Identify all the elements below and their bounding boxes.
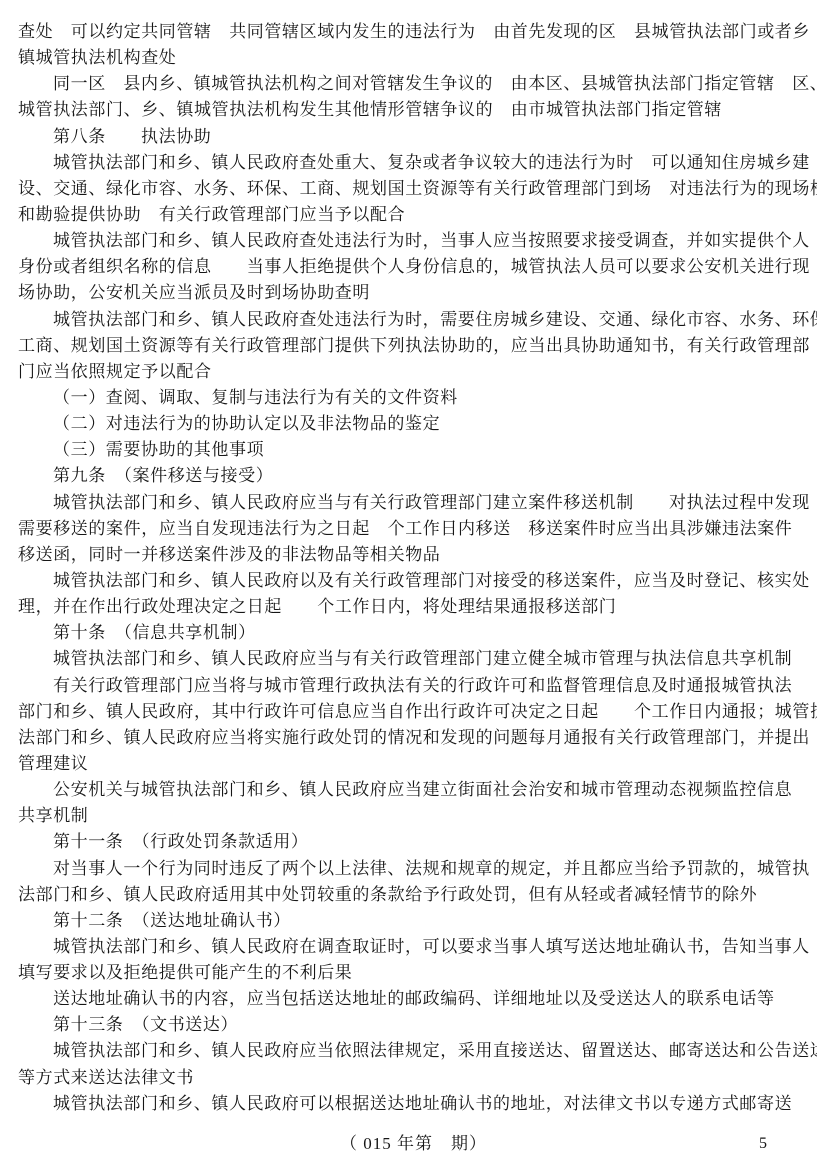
text-line: 公安机关与城管执法部门和乡、镇人民政府应当建立街面社会治安和城市管理动态视频监控… (18, 777, 817, 803)
text-line: （二）对违法行为的协助认定以及非法物品的鉴定 (18, 411, 817, 437)
document-page: 查处 可以约定共同管辖 共同管辖区域内发生的违法行为 由首先发现的区 县城管执法… (0, 0, 827, 1170)
text-line: 第十条 （信息共享机制） (18, 620, 817, 646)
issue-label: （ 015 年第 期） (0, 1131, 827, 1157)
text-line: 城管执法部门和乡、镇人民政府应当与有关行政管理部门建立健全城市管理与执法信息共享… (18, 646, 817, 672)
text-line: 第八条 执法协助 (18, 124, 817, 150)
text-line: （三）需要协助的其他事项 (18, 437, 817, 463)
text-line: 设、交通、绿化市容、水务、环保、工商、规划国土资源等有关行政管理部门到场 对违法… (18, 176, 817, 202)
text-line: 第九条 （案件移送与接受） (18, 463, 817, 489)
text-line: 城管执法部门和乡、镇人民政府查处重大、复杂或者争议较大的违法行为时 可以通知住房… (18, 150, 817, 176)
text-line: 同一区 县内乡、镇城管执法机构之间对管辖发生争议的 由本区、县城管执法部门指定管… (18, 71, 817, 97)
text-line: 工商、规划国土资源等有关行政管理部门提供下列执法协助的，应当出具协助通知书，有关… (18, 333, 817, 359)
text-line: 第十三条 （文书送达） (18, 1012, 817, 1038)
page-footer: （ 015 年第 期） 5 (0, 1131, 827, 1157)
text-line: 查处 可以约定共同管辖 共同管辖区域内发生的违法行为 由首先发现的区 县城管执法… (18, 19, 817, 45)
text-line: 法部门和乡、镇人民政府适用其中处罚较重的条款给予行政处罚，但有从轻或者减轻情节的… (18, 882, 817, 908)
text-line: 共享机制 (18, 803, 817, 829)
text-line: 门应当依照规定予以配合 (18, 359, 817, 385)
text-line: 城管执法部门和乡、镇人民政府应当依照法律规定，采用直接送达、留置送达、邮寄送达和… (18, 1038, 817, 1064)
text-line: 和勘验提供协助 有关行政管理部门应当予以配合 (18, 202, 817, 228)
text-line: 等方式来送达法律文书 (18, 1065, 817, 1091)
text-line: 身份或者组织名称的信息 当事人拒绝提供个人身份信息的，城管执法人员可以要求公安机… (18, 254, 817, 280)
text-line: 城管执法部门和乡、镇人民政府以及有关行政管理部门对接受的移送案件，应当及时登记、… (18, 568, 817, 594)
page-number: 5 (759, 1131, 767, 1157)
text-line: 移送函，同时一并移送案件涉及的非法物品等相关物品 (18, 542, 817, 568)
text-line: 送达地址确认书的内容，应当包括送达地址的邮政编码、详细地址以及受送达人的联系电话… (18, 986, 817, 1012)
text-line: 第十二条 （送达地址确认书） (18, 908, 817, 934)
text-line: 第十一条 （行政处罚条款适用） (18, 829, 817, 855)
text-line: 城管执法部门和乡、镇人民政府查处违法行为时，当事人应当按照要求接受调查，并如实提… (18, 228, 817, 254)
text-line: 法部门和乡、镇人民政府应当将实施行政处罚的情况和发现的问题每月通报有关行政管理部… (18, 725, 817, 751)
text-line: 城管执法部门和乡、镇人民政府可以根据送达地址确认书的地址，对法律文书以专递方式邮… (18, 1091, 817, 1117)
text-line: 城管执法部门、乡、镇城管执法机构发生其他情形管辖争议的 由市城管执法部门指定管辖 (18, 97, 817, 123)
text-line: 镇城管执法机构查处 (18, 45, 817, 71)
text-line: 有关行政管理部门应当将与城市管理行政执法有关的行政许可和监督管理信息及时通报城管… (18, 673, 817, 699)
text-line: 城管执法部门和乡、镇人民政府查处违法行为时，需要住房城乡建设、交通、绿化市容、水… (18, 307, 817, 333)
text-line: 填写要求以及拒绝提供可能产生的不利后果 (18, 960, 817, 986)
text-line: 城管执法部门和乡、镇人民政府在调查取证时，可以要求当事人填写送达地址确认书，告知… (18, 934, 817, 960)
text-line: （一）查阅、调取、复制与违法行为有关的文件资料 (18, 385, 817, 411)
text-line: 理，并在作出行政处理决定之日起 个工作日内，将处理结果通报移送部门 (18, 594, 817, 620)
text-line: 管理建议 (18, 751, 817, 777)
text-line: 需要移送的案件，应当自发现违法行为之日起 个工作日内移送 移送案件时应当出具涉嫌… (18, 516, 817, 542)
text-line: 部门和乡、镇人民政府，其中行政许可信息应当自作出行政许可决定之日起 个工作日内通… (18, 699, 817, 725)
text-line: 对当事人一个行为同时违反了两个以上法律、法规和规章的规定，并且都应当给予罚款的，… (18, 856, 817, 882)
text-line: 城管执法部门和乡、镇人民政府应当与有关行政管理部门建立案件移送机制 对执法过程中… (18, 490, 817, 516)
document-body: 查处 可以约定共同管辖 共同管辖区域内发生的违法行为 由首先发现的区 县城管执法… (18, 19, 817, 1117)
text-line: 场协助，公安机关应当派员及时到场协助查明 (18, 280, 817, 306)
